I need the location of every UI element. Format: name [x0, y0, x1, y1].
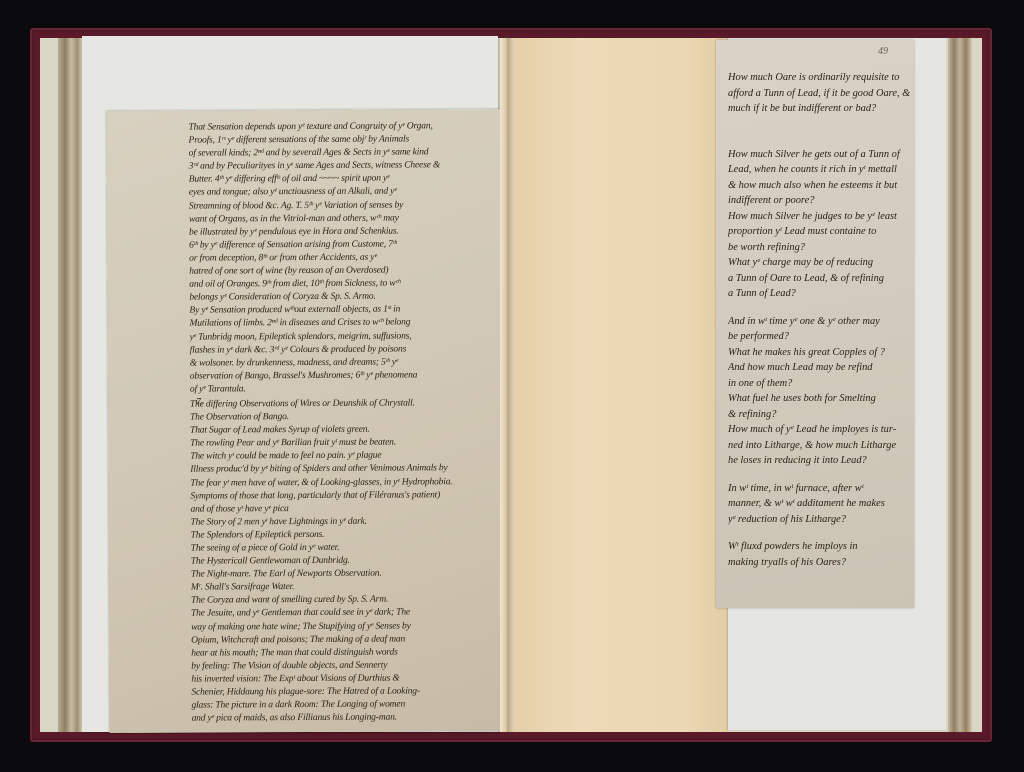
left-leaf-text: That Sensation depends upon yᵉ texture a… [188, 119, 491, 725]
marginal-number: 7. [196, 397, 204, 408]
manuscript-line: of yᵉ Tarantula. [190, 381, 490, 396]
slip-line: much if it be but indifferent or bad? [728, 101, 912, 117]
book-gutter [500, 38, 514, 732]
slip-line: he loses in reducing it into Lead? [728, 453, 912, 469]
manuscript-line: The fear yᵗ men have of water, & of Look… [190, 475, 490, 490]
slip-line: In wᵗ time, in wᵗ furnace, after wᵗ [728, 481, 912, 497]
slip-line: yᵉ reduction of his Litharge? [728, 512, 912, 528]
slip-line: Lead, when he counts it rich in yᵗ metta… [728, 162, 912, 178]
paragraph-gap [728, 527, 912, 539]
slip-line: What fuel he uses both for Smelting [728, 391, 912, 407]
slip-line: proportion yᵗ Lead must containe to [728, 224, 912, 240]
blank-center-page [514, 38, 728, 732]
manuscript-line: Illness produc'd by yᵉ biting of Spiders… [190, 461, 490, 476]
slip-line: manner, & wᵗ wᵗ additament he makes [728, 496, 912, 512]
right-manuscript-slip: 49 How much Oare is ordinarily requisite… [716, 40, 914, 608]
slip-line: a Tunn of Oare to Lead, & of refining [728, 271, 912, 287]
paragraph-gap [728, 469, 912, 481]
slip-line: How much of yᵉ Lead he imployes is tur- [728, 422, 912, 438]
slip-line: afford a Tunn of Lead, if it be good Oar… [728, 86, 912, 102]
slip-line: a Tunn of Lead? [728, 286, 912, 302]
slip-line: How much Oare is ordinarily requisite to [728, 70, 912, 86]
slip-line: & how much also when he esteems it but [728, 178, 912, 194]
slip-line: indifferent or poore? [728, 193, 912, 209]
left-page-edges [58, 38, 82, 732]
slip-line: & refining? [728, 407, 912, 423]
right-page-edges [948, 38, 972, 732]
slip-line: How much Silver he judges to be yᵉ least [728, 209, 912, 225]
slip-line: in one of them? [728, 376, 912, 392]
slip-line: And in wᵗ time yᵉ one & yᵉ other may [728, 314, 912, 330]
slip-line: be performed? [728, 329, 912, 345]
slip-line: ned into Litharge, & how much Litharge [728, 438, 912, 454]
paragraph-gap [728, 302, 912, 314]
manuscript-line: and yᵉ pica of maids, as also Fillianus … [192, 710, 492, 725]
paragraph-gap [728, 117, 912, 147]
slip-line: How much Silver he gets out of a Tunn of [728, 147, 912, 163]
slip-line: What yᵉ charge may be of reducing [728, 255, 912, 271]
slip-line: making tryalls of his Oares? [728, 555, 912, 571]
slip-line: What he makes his great Copples of ? [728, 345, 912, 361]
slip-line: Wᵗ fluxd powders he imploys in [728, 539, 912, 555]
slip-line: be worth refining? [728, 240, 912, 256]
folio-number: 49 [878, 46, 888, 57]
slip-text: How much Oare is ordinarily requisite to… [728, 70, 912, 570]
left-manuscript-leaf: That Sensation depends upon yᵉ texture a… [106, 109, 505, 733]
slip-line: And how much Lead may be refind [728, 360, 912, 376]
